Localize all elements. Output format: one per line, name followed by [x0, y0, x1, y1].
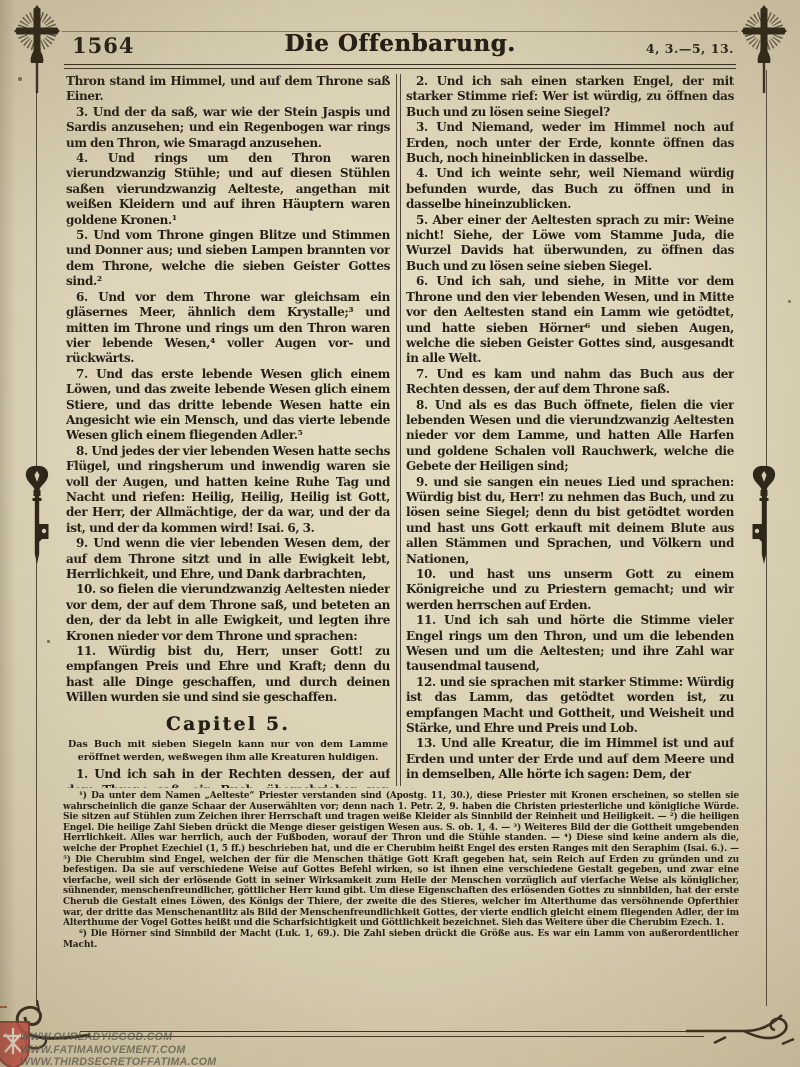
chapter-summary: Das Buch mit sieben Siegeln kann nur von…: [68, 739, 388, 764]
verse-paragraph: 11. Und ich sah und hörte die Stimme vie…: [406, 613, 734, 675]
key-icon: [23, 464, 51, 566]
scan-artifact: [47, 640, 50, 643]
page-title: Die Offenbarung.: [64, 30, 736, 57]
verse-paragraph: 11. Würdig bist du, Herr, unser Gott! zu…: [66, 644, 390, 706]
verse-paragraph: 8. Und als es das Buch öffnete, fielen d…: [406, 398, 734, 475]
column-divider: [396, 74, 401, 786]
watermark-line: WWW.FATIMAMOVEMENT.COM: [20, 1044, 216, 1057]
right-column: 2. Und ich sah einen starken Engel, der …: [406, 74, 734, 788]
footnote-paragraph: ⁶) Die Hörner sind Sinnbild der Macht (L…: [63, 929, 739, 950]
verse-paragraph: 7. Und es kam und nahm das Buch aus der …: [406, 367, 734, 398]
watermark: WWW.OURLADYISGOD.COM WWW.FATIMAMOVEMENT.…: [20, 1031, 216, 1067]
verse-paragraph: 10. so fielen die vierundzwanzig Aeltest…: [66, 582, 390, 644]
verse-paragraph: 4. Und ich weinte sehr, weil Niemand wür…: [406, 166, 734, 212]
chapter-heading: Capitel 5.: [66, 713, 390, 737]
scan-artifact: [18, 77, 22, 81]
footnote-paragraph: ¹) Da unter dem Namen „Aelteste“ Prieste…: [63, 791, 739, 929]
scan-artifact: [788, 300, 791, 303]
verse-paragraph: 6. Und vor dem Throne war gleichsam ein …: [66, 290, 390, 367]
scanned-bible-page: Die Offenbarung. 1564 4, 3.—5, 13. Thron…: [0, 0, 800, 1067]
verse-paragraph: 6. Und ich sah, und siehe, in Mitte vor …: [406, 274, 734, 366]
verse-paragraph: Thron stand im Himmel, und auf dem Thron…: [66, 74, 390, 105]
verse-paragraph: 5. Und vom Throne gingen Blitze und Stim…: [66, 228, 390, 290]
verse-paragraph: 2. Und ich sah einen starken Engel, der …: [406, 74, 734, 120]
page-header: Die Offenbarung. 1564 4, 3.—5, 13.: [64, 30, 736, 64]
scripture-columns: Thron stand im Himmel, und auf dem Thron…: [66, 74, 734, 790]
verse-paragraph: 3. Und der da saß, war wie der Stein Jas…: [66, 105, 390, 151]
verse-paragraph: 9. Und wenn die vier lebenden Wesen dem,…: [66, 536, 390, 582]
key-icon: [750, 464, 778, 566]
verse-range: 4, 3.—5, 13.: [646, 41, 734, 56]
cross-icon: [737, 5, 791, 93]
page-number: 1564: [72, 33, 134, 58]
left-column: Thron stand im Himmel, und auf dem Thron…: [66, 74, 390, 788]
verse-paragraph: 12. und sie sprachen mit starker Stimme:…: [406, 675, 734, 737]
header-rule: [64, 64, 736, 69]
scroll-flourish-icon: [686, 1004, 796, 1056]
verse-paragraph: 13. Und alle Kreatur, die im Himmel ist …: [406, 736, 734, 782]
verse-paragraph: 4. Und rings um den Thron waren vierundz…: [66, 151, 390, 228]
scan-artifact: [0, 1006, 7, 1008]
verse-paragraph: 1. Und ich sah in der Rechten dessen, de…: [66, 767, 390, 788]
verse-paragraph: 5. Aber einer der Aeltesten sprach zu mi…: [406, 213, 734, 275]
verse-paragraph: 9. und sie sangen ein neues Lied und spr…: [406, 475, 734, 567]
verse-paragraph: 8. Und jedes der vier lebenden Wesen hat…: [66, 444, 390, 536]
watermark-line: WWW.OURLADYISGOD.COM: [20, 1031, 216, 1044]
verse-paragraph: 10. und hast uns unserm Gott zu einem Kö…: [406, 567, 734, 613]
verse-paragraph: 7. Und das erste lebende Wesen glich ein…: [66, 367, 390, 444]
verse-paragraph: 3. Und Niemand, weder im Himmel noch auf…: [406, 120, 734, 166]
footnotes: ¹) Da unter dem Namen „Aelteste“ Prieste…: [63, 791, 739, 985]
watermark-line: WWW.THIRDSECRETOFFATIMA.COM: [20, 1056, 216, 1067]
